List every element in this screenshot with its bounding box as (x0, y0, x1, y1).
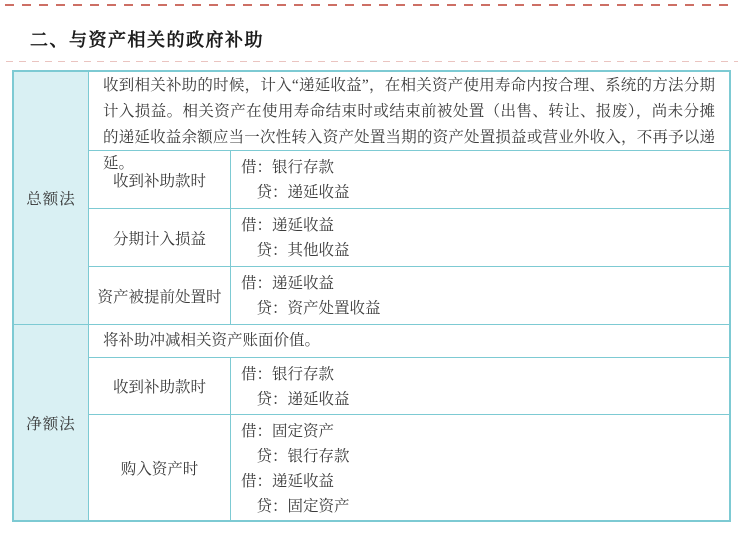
journal-entry-line: 借：银行存款 (241, 362, 725, 387)
situation-cell: 收到补助款时 (89, 358, 231, 415)
journal-entry-line: 借：递延收益 (241, 213, 725, 238)
journal-entry-line: 贷：其他收益 (241, 238, 725, 263)
journal-entry-line: 借：固定资产 (241, 419, 725, 444)
journal-entry-line: 借：递延收益 (241, 469, 725, 494)
red-dashed-cut-line (5, 4, 734, 6)
journal-entries-cell: 借：递延收益 贷：其他收益 (231, 209, 729, 267)
journal-entry-line: 借：银行存款 (241, 155, 725, 180)
journal-entries-cell: 借：银行存款 贷：递延收益 (231, 151, 729, 209)
journal-entry-line: 贷：递延收益 (241, 180, 725, 205)
method-cell-net: 净额法 (14, 325, 89, 520)
journal-entry-line: 贷：固定资产 (241, 494, 725, 519)
journal-entries-cell: 借：递延收益 贷：资产处置收益 (231, 267, 729, 325)
journal-entries-cell: 借：银行存款 贷：递延收益 (231, 358, 729, 415)
situation-cell: 收到补助款时 (89, 151, 231, 209)
journal-entry-line: 贷：资产处置收益 (241, 296, 725, 321)
journal-entries-cell: 借：固定资产 贷：银行存款 借：递延收益 贷：固定资产 (231, 415, 729, 520)
situation-cell: 购入资产时 (89, 415, 231, 520)
faint-dashed-line (6, 61, 738, 62)
page: 二、与资产相关的政府补助 学院 tclass.cn 总额法 收到相关补助的时候，… (0, 0, 744, 539)
method-description-net: 将补助冲减相关资产账面价值。 (89, 325, 729, 358)
situation-cell: 资产被提前处置时 (89, 267, 231, 325)
journal-entry-line: 借：递延收益 (241, 271, 725, 296)
subsidy-methods-table: 总额法 收到相关补助的时候，计入“递延收益”，在相关资产使用寿命内按合理、系统的… (12, 70, 731, 522)
page-title: 二、与资产相关的政府补助 (30, 26, 264, 52)
situation-cell: 分期计入损益 (89, 209, 231, 267)
journal-entry-line: 贷：银行存款 (241, 444, 725, 469)
method-cell-gross: 总额法 (14, 72, 89, 325)
journal-entry-line: 贷：递延收益 (241, 387, 725, 412)
method-description-gross: 收到相关补助的时候，计入“递延收益”，在相关资产使用寿命内按合理、系统的方法分期… (89, 72, 729, 151)
